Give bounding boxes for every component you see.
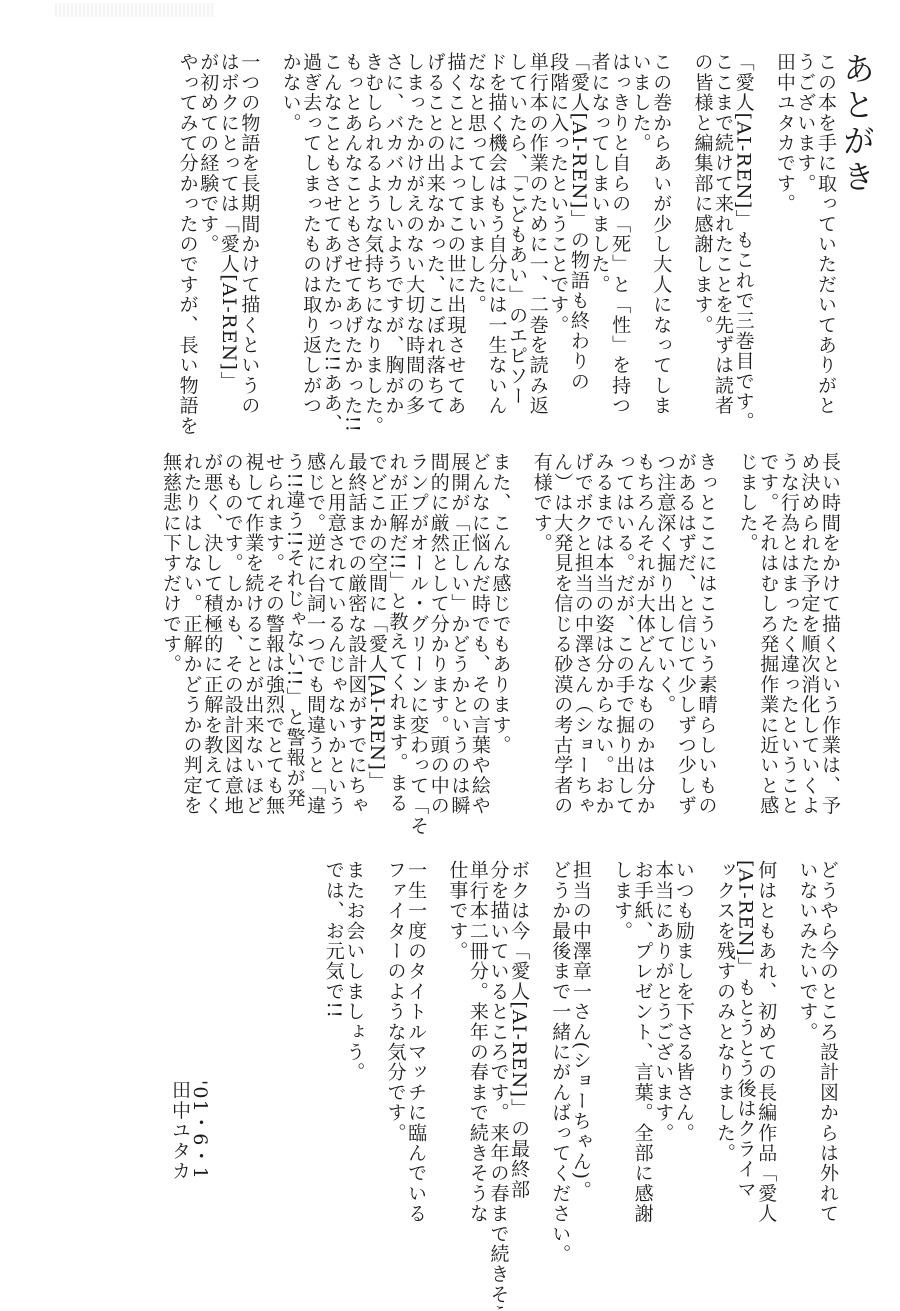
text-column: うございます。 xyxy=(795,52,816,432)
text-column: 「愛人[AI-REN]」もこれで三巻目です。 xyxy=(733,52,754,432)
text-column: じました。 xyxy=(737,452,758,832)
paragraph-gap xyxy=(591,860,612,1240)
text-column: どんなに悩んだ時でも、その言葉や絵や xyxy=(469,452,490,832)
text-tier-top: この本を手に取っていただいてありがとうございます。田中ユタカです。「愛人[AI-… xyxy=(177,52,836,432)
text-column: 描くことによってこの世に出現させてあ xyxy=(445,52,466,432)
text-column: しまったかけがえのない大切な時間の多 xyxy=(404,52,425,432)
text-column: ってはいる。だが、この手で掘り出して xyxy=(613,452,634,832)
text-column: 過ぎ去ってしまったものは取り返しがつ xyxy=(301,52,322,432)
text-column: げることの出来なかった、こぼれ落ちて xyxy=(424,52,445,432)
text-column: もっとあんなこともさせてあげたかった!! xyxy=(342,52,363,432)
text-column: ボクは今「愛人[AI-REN]」の最終部 xyxy=(509,860,530,1240)
text-column: です。それはむしろ発掘作業に近いと感 xyxy=(758,452,779,832)
text-column: 本当にありがとうございます。 xyxy=(653,860,674,1240)
text-column: があるはずだ、と信じて少しずつ少しず xyxy=(675,452,696,832)
signature-author: 田中ユタカ xyxy=(169,1080,190,1181)
text-column: 感じで。逆に台詞一つでも間違うと「違 xyxy=(305,452,326,832)
text-column: どうやら今のところ設計図からは外れて xyxy=(817,860,838,1240)
text-column: また、こんな感じでもあります。 xyxy=(490,452,511,832)
text-column: 最終話までの厳密な設計図がすでにちゃ xyxy=(346,452,367,832)
text-column: ファイターのような気分です。 xyxy=(385,860,406,1240)
text-column: 「愛人[AI-REN]」の物語も終わりの xyxy=(568,52,589,432)
text-column: [AI-REN]」もとうとう後はクライマ xyxy=(735,860,756,1240)
text-column: 分を描いているところです。来年の春まで続きそうな xyxy=(488,860,509,1240)
text-column: いないみたいです。 xyxy=(797,860,818,1240)
text-tier-bottom: どうやら今のところ設計図からは外れていないみたいです。何はともあれ、初めての長編… xyxy=(323,860,838,1240)
text-column: 何はともあれ、初めての長編作品「愛人 xyxy=(756,860,777,1240)
paragraph-gap xyxy=(529,860,550,1240)
text-column: この巻からあいが少し大人になってしま xyxy=(651,52,672,432)
text-column: していたら、「こどもあい」のエピソー xyxy=(507,52,528,432)
text-column: どうか最後まで一緒にがんばってください。 xyxy=(550,860,571,1240)
text-column: かない。 xyxy=(280,52,301,432)
paragraph-gap xyxy=(426,860,447,1240)
text-column: 間的に厳然として分かります。頭の中の xyxy=(428,452,449,832)
text-column: んと用意されているんじゃないかという xyxy=(325,452,346,832)
text-column: 仕事です。 xyxy=(447,860,468,1240)
text-column: ドを描く機会はもう自分には一生ないん xyxy=(486,52,507,432)
text-column: お手紙、プレゼント、言葉。全部に感謝 xyxy=(632,860,653,1240)
text-column: げでボクと担当の中澤さん（ショーちゃ xyxy=(572,452,593,832)
text-column: 視して作業を続けることが出来ないほど xyxy=(243,452,264,832)
paragraph-gap xyxy=(511,452,532,832)
text-column: みるまでは本当の姿は分からない。おか xyxy=(593,452,614,832)
text-column: はボクにとっては「愛人[AI-REN]」 xyxy=(218,52,239,432)
text-column: では、お元気で!! xyxy=(323,860,344,1240)
text-column: やってみて分かったのですが、長い物語を xyxy=(177,52,198,432)
text-column: うな行為とはまったく違ったということ xyxy=(778,452,799,832)
text-column: きっとここにはこういう素晴らしいもの xyxy=(696,452,717,832)
text-column: の皆様と編集部に感謝します。 xyxy=(692,52,713,432)
signature-date: '01・6・1 xyxy=(189,1080,210,1180)
text-column: もちろんそれが大体どんなものかは分か xyxy=(634,452,655,832)
text-column: 田中ユタカです。 xyxy=(774,52,795,432)
text-column: 長い時間をかけて描くという作業は、予 xyxy=(819,452,840,832)
text-column: ここまで続けて来れたことを先ずは読者 xyxy=(712,52,733,432)
text-column: 担当の中澤章一さん(ショーちゃん)。 xyxy=(570,860,591,1240)
text-column: 単行本二冊分。来年の春まで続きそうな xyxy=(467,860,488,1240)
text-column: ランプがオール・グリーンに変わって「そ xyxy=(408,452,429,832)
paragraph-gap xyxy=(716,452,737,832)
text-column: う!!違う!!それじゃない!!」と警報が発 xyxy=(284,452,305,832)
text-column: ックスを残すのみとなりました。 xyxy=(714,860,735,1240)
page-title: あとがき xyxy=(834,52,880,196)
text-column: れたりはしない。正解かどうかの判定を xyxy=(181,452,202,832)
text-column: のものです。しかも、その設計図は意地 xyxy=(222,452,243,832)
text-column: だなと思ってしまいました。 xyxy=(465,52,486,432)
paragraph-gap xyxy=(694,860,715,1240)
text-column: 単行本の作業のために一、二巻を読み返 xyxy=(527,52,548,432)
paragraph-gap xyxy=(754,52,775,432)
text-column: でどこかの空間に「愛人[AI-REN]」 xyxy=(366,452,387,832)
text-tier-middle: 長い時間をかけて描くという作業は、予め決められた予定を順次消化していくような行為… xyxy=(160,452,840,832)
text-column: 者になってしまいました。 xyxy=(589,52,610,432)
text-column: します。 xyxy=(611,860,632,1240)
scan-edge-artifact xyxy=(55,3,215,17)
text-column: が悪く、決して積極的に正解を教えてく xyxy=(202,452,223,832)
paragraph-gap xyxy=(671,52,692,432)
text-column: め決められた予定を順次消化していくよ xyxy=(799,452,820,832)
text-column: 一生一度のタイトルマッチに臨んでいる xyxy=(406,860,427,1240)
paragraph-gap xyxy=(776,860,797,1240)
text-column: が初めての経験です。 xyxy=(198,52,219,432)
text-column: いつも励ましを下さる皆さん。 xyxy=(673,860,694,1240)
paragraph-gap xyxy=(259,52,280,432)
text-column: せられます。その警報は強烈でとても無 xyxy=(263,452,284,832)
text-column: きむしられるような気持ちになりました。 xyxy=(362,52,383,432)
text-column: またお会いしましょう。 xyxy=(344,860,365,1240)
text-column: この本を手に取っていただいてありがと xyxy=(815,52,836,432)
text-column: いました。 xyxy=(630,52,651,432)
text-column: さに、バカバカしいようですが、胸がか xyxy=(383,52,404,432)
text-column: 無慈悲に下すだけです。 xyxy=(160,452,181,832)
text-column: れが正解だ!!」と教えてくれます。まる xyxy=(387,452,408,832)
text-column: 展開が「正しい」かどうかというのは瞬 xyxy=(449,452,470,832)
text-column: 有様です。 xyxy=(531,452,552,832)
text-column: つ注意深く掘り出していく。 xyxy=(655,452,676,832)
text-column: 段階に入ったということです。 xyxy=(548,52,569,432)
text-column: はっきりと自らの「死」と「性」を持つ xyxy=(609,52,630,432)
text-column: こんなこともさせてあげたかった!!ああ、 xyxy=(321,52,342,432)
text-column: ん）は大発見を信じる砂漠の考古学者の xyxy=(552,452,573,832)
text-column: 一つの物語を長期間かけて描くというの xyxy=(239,52,260,432)
paragraph-gap xyxy=(364,860,385,1240)
